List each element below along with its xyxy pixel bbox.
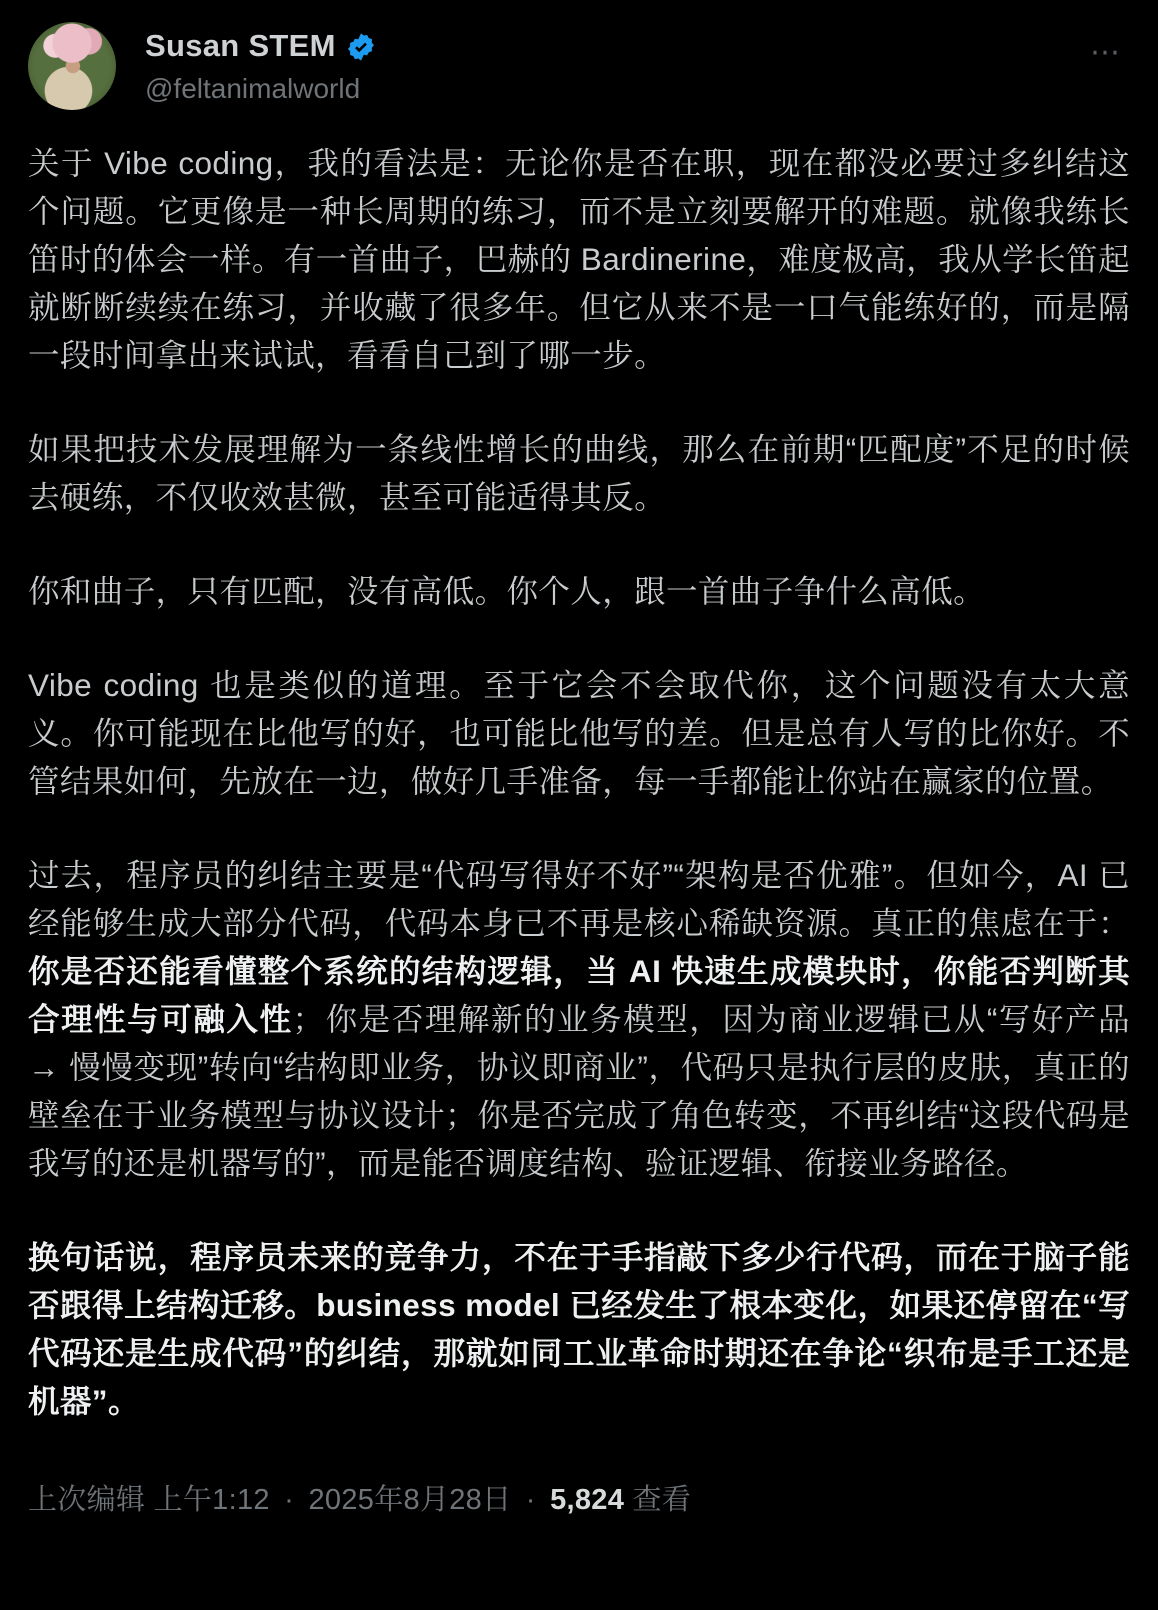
author-block: Susan STEM @feltanimalworld [145,22,376,105]
post-paragraph: 关于 Vibe coding，我的看法是：无论你是否在职，现在都没必要过多纠结这… [28,139,1130,379]
edited-label: 上次编辑 [28,1484,145,1516]
more-options-icon[interactable]: ⋯ [1090,38,1124,68]
text-segment: 你和曲子，只有匹配，没有高低。你个人，跟一首曲子争什么高低。 [28,573,985,609]
post-date: 2025年8月28日 [309,1484,512,1516]
author-handle[interactable]: @feltanimalworld [145,73,376,105]
text-segment: Vibe coding 也是类似的道理。至于它会不会取代你，这个问题没有太大意义… [28,667,1130,799]
views-label: 查看 [633,1484,692,1516]
post-footer: 上次编辑 上午1:12 · 2025年8月28日 · 5,824 查看 [28,1477,1130,1518]
author-display-name[interactable]: Susan STEM [145,28,336,64]
text-segment: 过去，程序员的纠结主要是“代码写得好不好”“架构是否优雅”。但如今，AI 已经能… [28,857,1130,941]
verified-badge-icon [346,32,376,62]
separator-dot: · [520,1484,542,1516]
post-paragraph: 如果把技术发展理解为一条线性增长的曲线，那么在前期“匹配度”不足的时候去硬练，不… [28,425,1130,521]
separator-dot: · [278,1484,300,1516]
post-body: 关于 Vibe coding，我的看法是：无论你是否在职，现在都没必要过多纠结这… [28,139,1130,1425]
post-paragraph: 换句话说，程序员未来的竞争力，不在于手指敲下多少行代码，而在于脑子能否跟得上结构… [28,1233,1130,1425]
post-time: 上午1:12 [154,1484,270,1516]
post-detail-page: Susan STEM @feltanimalworld ⋯ 关于 Vibe co… [0,0,1158,1610]
text-segment-bold: 换句话说，程序员未来的竞争力，不在于手指敲下多少行代码，而在于脑子能否跟得上结构… [28,1239,1130,1419]
text-segment: 关于 Vibe coding，我的看法是：无论你是否在职，现在都没必要过多纠结这… [28,145,1130,373]
post-paragraph: Vibe coding 也是类似的道理。至于它会不会取代你，这个问题没有太大意义… [28,661,1130,805]
post-paragraph: 你和曲子，只有匹配，没有高低。你个人，跟一首曲子争什么高低。 [28,567,1130,615]
avatar[interactable] [28,22,116,110]
post-header: Susan STEM @feltanimalworld ⋯ [28,22,1130,126]
text-segment: 如果把技术发展理解为一条线性增长的曲线，那么在前期“匹配度”不足的时候去硬练，不… [28,431,1130,515]
post-paragraph: 过去，程序员的纠结主要是“代码写得好不好”“架构是否优雅”。但如今，AI 已经能… [28,851,1130,1187]
views-count[interactable]: 5,824 [550,1484,624,1516]
